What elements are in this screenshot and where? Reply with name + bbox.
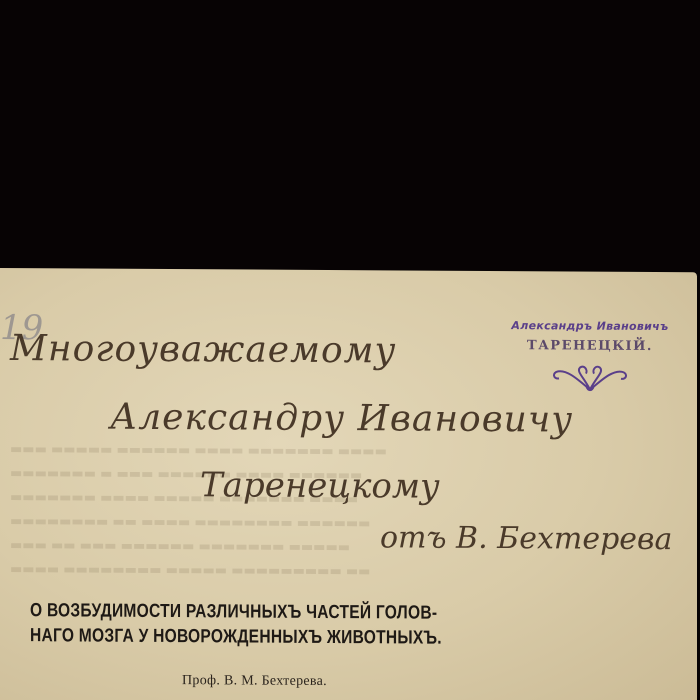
stamp-name: Александръ Ивановичъ <box>505 319 675 333</box>
ornament-icon <box>550 359 630 393</box>
owner-stamp: Александръ Ивановичъ ТАРЕНЕЦКІЙ. <box>505 319 675 399</box>
title-line-2: НАГО МОЗГА У НОВОРОЖДЕННЫХЪ ЖИВОТНЫХЪ. <box>30 623 555 651</box>
inscription-line-2: Александру Ивановичу <box>110 397 573 441</box>
inscription-signature: отъ В. Бехтерева <box>380 520 672 557</box>
inscription-line-1: Многоуважаемому <box>10 328 396 371</box>
stamp-surname: ТАРЕНЕЦКІЙ. <box>505 338 675 354</box>
document-page: ▬▬▬ ▬▬▬▬▬ ▬▬▬▬▬▬ ▬▬▬▬ ▬▬▬▬▬▬▬ ▬▬▬▬ ▬▬▬▬▬… <box>0 268 697 700</box>
title-line-1: О ВОЗБУДИМОСТИ РАЗЛИЧНЫХЪ ЧАСТЕЙ ГОЛОВ- <box>30 598 555 626</box>
article-title: О ВОЗБУДИМОСТИ РАЗЛИЧНЫХЪ ЧАСТЕЙ ГОЛОВ- … <box>30 598 555 651</box>
article-author: Проф. В. М. Бехтерева. <box>182 673 327 690</box>
inscription-line-3: Таренецкому <box>200 465 440 506</box>
bleed-through-text: ▬▬▬ ▬▬▬▬▬ ▬▬▬▬▬▬ ▬▬▬▬ ▬▬▬▬▬▬▬ ▬▬▬▬ ▬▬▬▬▬… <box>10 438 570 585</box>
